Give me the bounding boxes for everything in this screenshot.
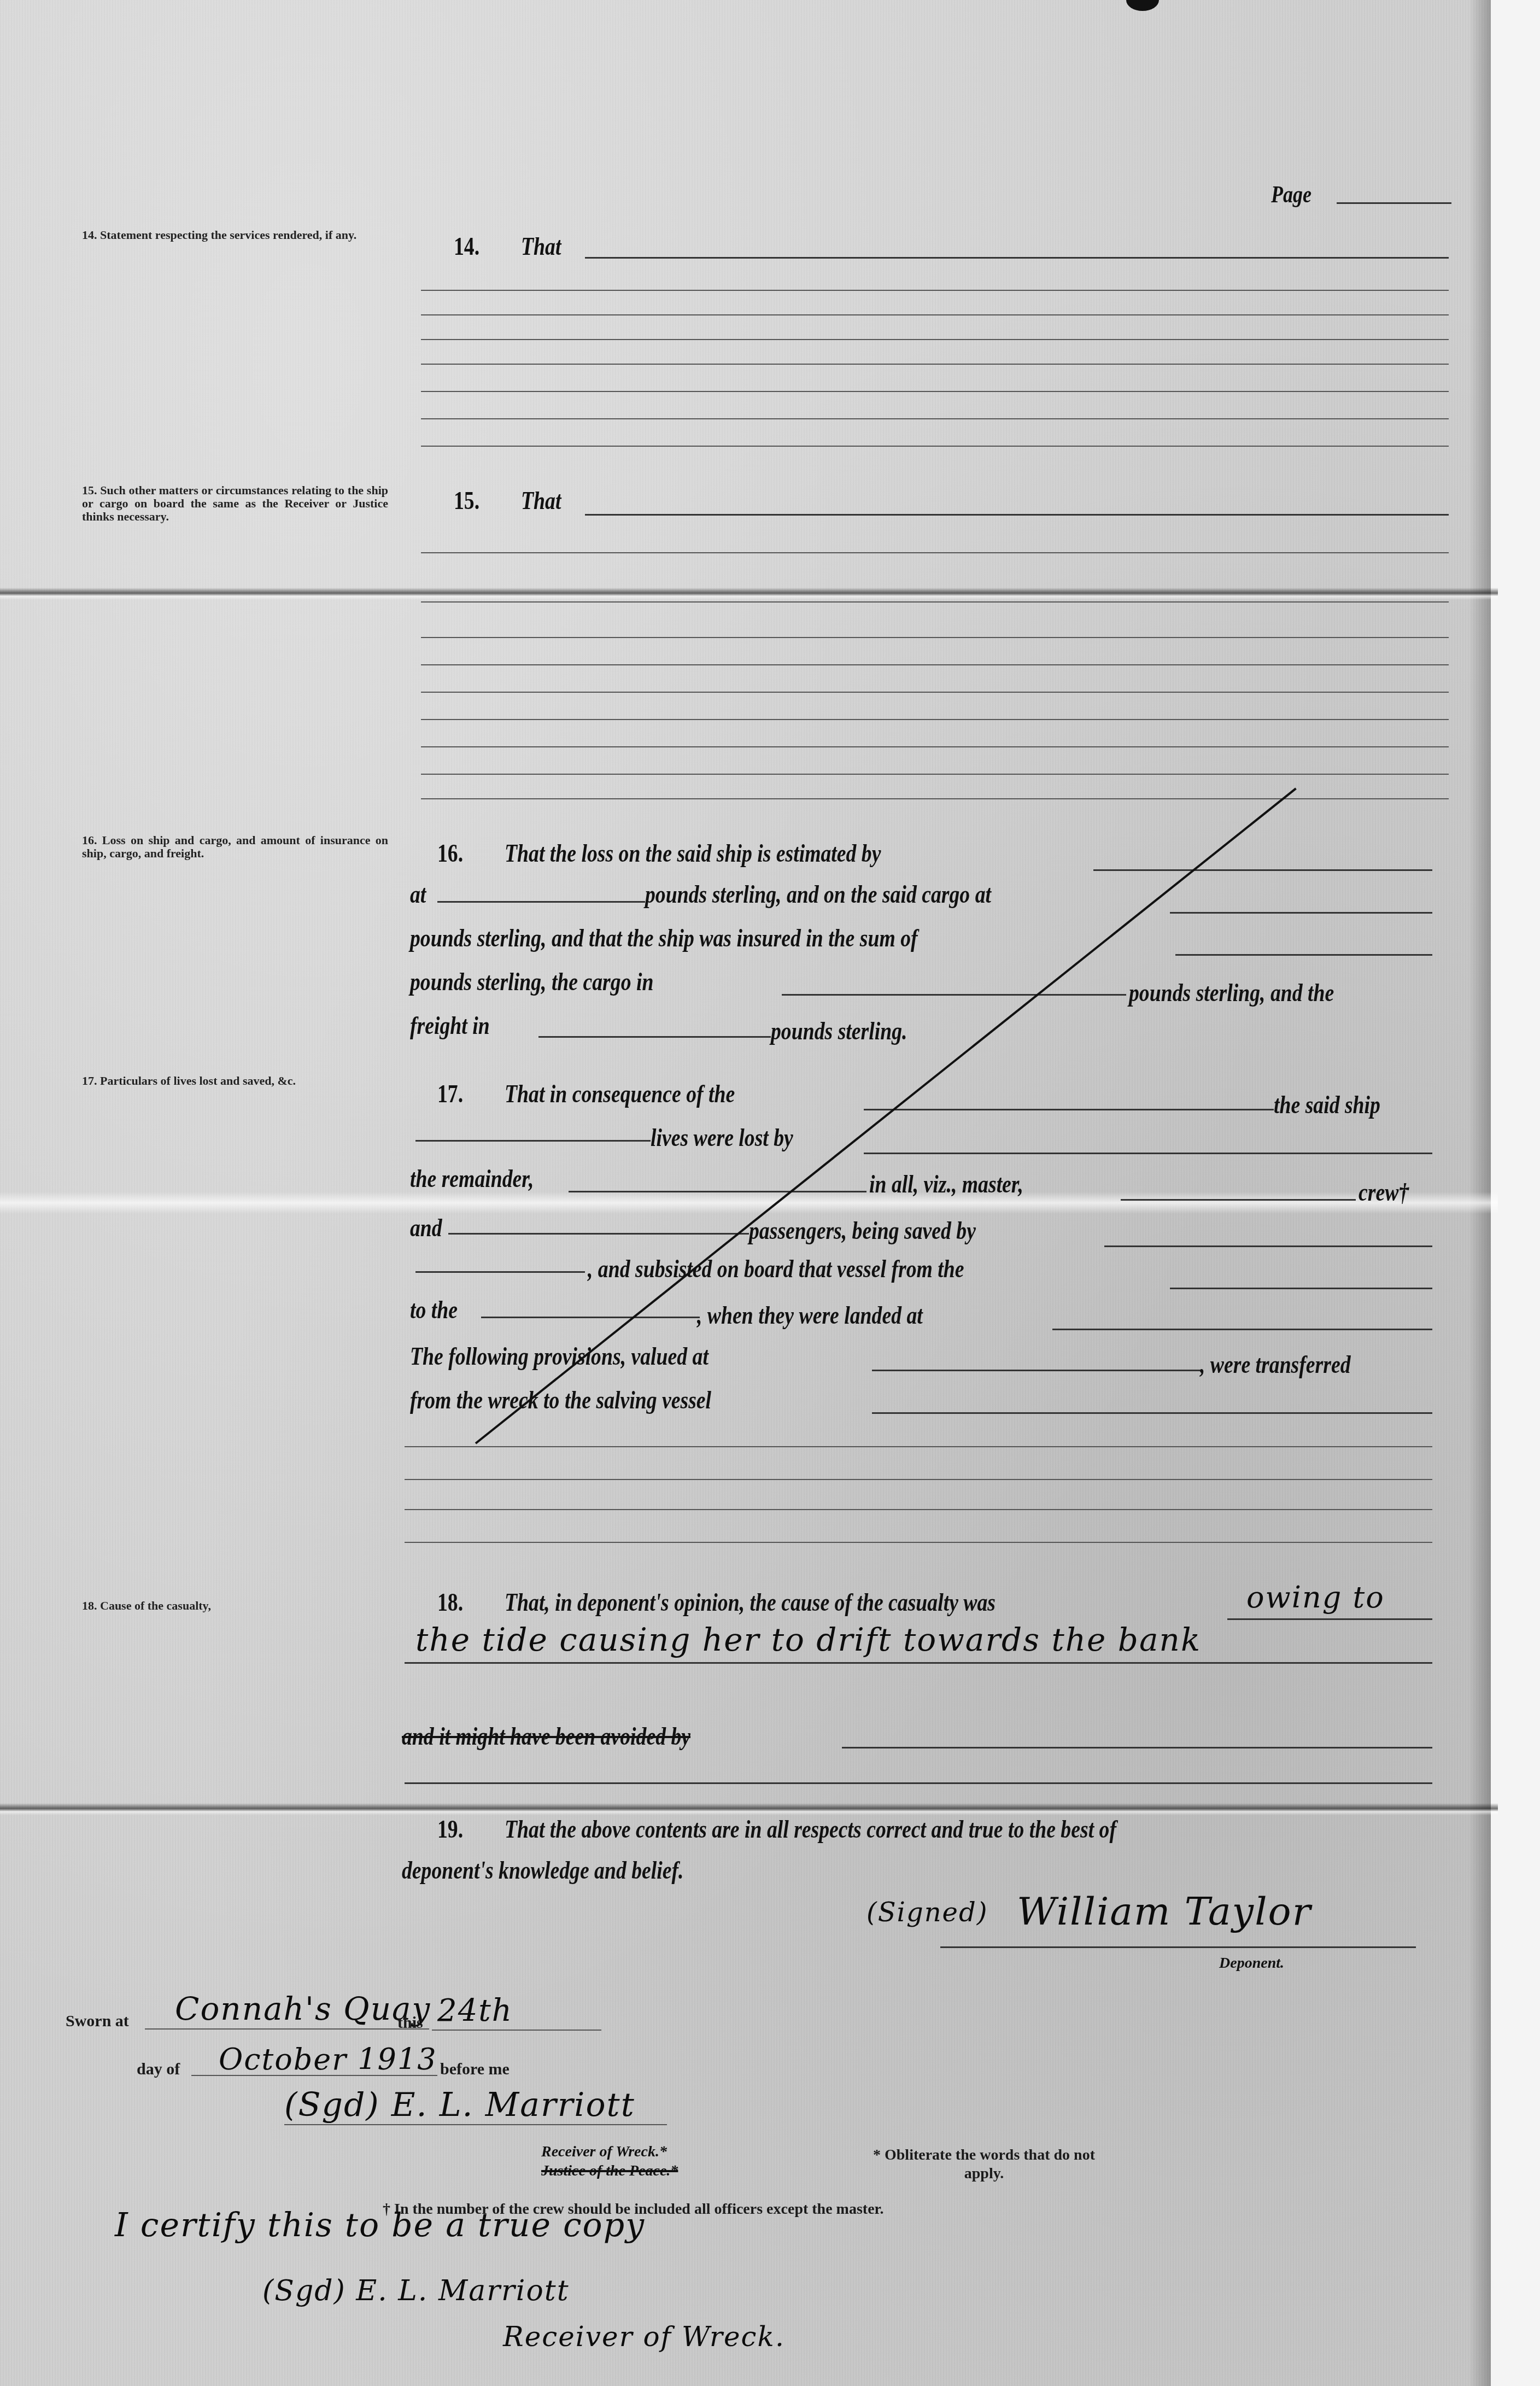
- this-label: this: [397, 2014, 423, 2032]
- answer-line[interactable]: [437, 901, 645, 903]
- answer-line[interactable]: [421, 601, 1449, 603]
- title-receiver-of-wreck: Receiver of Wreck.*: [541, 2143, 667, 2161]
- answer-line[interactable]: [448, 1233, 749, 1235]
- page-number-field[interactable]: [1337, 202, 1451, 204]
- answer-line[interactable]: [421, 746, 1449, 747]
- section-number: 14.: [454, 232, 521, 261]
- section-16-line-1: 16.That the loss on the said ship is est…: [437, 839, 881, 868]
- answer-line[interactable]: [1170, 912, 1432, 914]
- section-16-line-6: freight in: [410, 1011, 490, 1040]
- answer-line[interactable]: [421, 290, 1449, 291]
- answer-line[interactable]: [1104, 1245, 1432, 1247]
- section-number: 15.: [454, 487, 521, 515]
- officer-signature-line[interactable]: [284, 2124, 667, 2125]
- answer-line[interactable]: [421, 774, 1449, 775]
- answer-line[interactable]: [782, 994, 1126, 996]
- day-of-label: day of: [137, 2060, 180, 2079]
- answer-line[interactable]: [405, 1782, 1432, 1784]
- answer-line[interactable]: [538, 1036, 771, 1038]
- answer-line[interactable]: [421, 719, 1449, 720]
- section-16-line-4: pounds sterling, the cargo in: [410, 968, 653, 996]
- answer-line[interactable]: [421, 418, 1449, 419]
- section-17-line-10: to the: [410, 1296, 458, 1324]
- section-16-line-2: pounds sterling, and on the said cargo a…: [645, 880, 991, 909]
- sworn-day-field[interactable]: [432, 2030, 601, 2031]
- answer-line[interactable]: [585, 257, 1449, 259]
- section-line: That the loss on the said ship is estima…: [505, 839, 881, 867]
- sworn-day: 24th: [437, 1993, 513, 2028]
- section-18-struck-line: and it might have been avoided by: [402, 1722, 690, 1751]
- answer-line[interactable]: [1170, 1288, 1432, 1289]
- deponent-label: Deponent.: [1219, 1955, 1284, 1972]
- answer-line[interactable]: [1052, 1329, 1432, 1330]
- section-17-line-7: and: [410, 1214, 442, 1242]
- margin-note-18: 18. Cause of the casualty,: [82, 1599, 388, 1612]
- answer-line[interactable]: [1121, 1199, 1356, 1201]
- section-17-line-2: the said ship: [1274, 1091, 1380, 1119]
- certification-title: Receiver of Wreck.: [503, 2321, 785, 2353]
- answer-line[interactable]: [585, 514, 1449, 516]
- margin-note-15: 15. Such other matters or circumstances …: [82, 484, 388, 523]
- section-line: That in consequence of the: [505, 1080, 735, 1108]
- answer-line[interactable]: [421, 364, 1449, 365]
- answer-line[interactable]: [481, 1317, 700, 1318]
- sworn-place-field[interactable]: [145, 2028, 429, 2030]
- signed-prefix: (Signed): [866, 1897, 988, 1928]
- answer-line[interactable]: [405, 1446, 1432, 1447]
- answer-line[interactable]: [421, 314, 1449, 315]
- answer-line[interactable]: [405, 1479, 1432, 1480]
- answer-line[interactable]: [415, 1271, 585, 1273]
- paper-fold: [0, 1803, 1498, 1815]
- section-15-text: 15.That: [454, 487, 561, 515]
- sworn-month-year: October 1913: [219, 2042, 437, 2077]
- section-17-line-11: , when they were landed at: [697, 1301, 923, 1330]
- paper-fold: [0, 1192, 1498, 1214]
- answer-line[interactable]: [864, 1109, 1274, 1110]
- section-lead: That: [521, 487, 561, 514]
- paper-fold: [0, 588, 1498, 600]
- sworn-at-label: Sworn at: [66, 2012, 129, 2031]
- section-16-line-5: pounds sterling, and the: [1129, 979, 1334, 1007]
- answer-line[interactable]: [842, 1747, 1432, 1748]
- section-17-line-6: crew†: [1359, 1178, 1409, 1207]
- section-number: 17.: [437, 1080, 505, 1108]
- section-line: That the above contents are in all respe…: [505, 1815, 1116, 1843]
- margin-note-14: 14. Statement respecting the services re…: [82, 229, 388, 242]
- officer-signature: (Sgd) E. L. Marriott: [284, 2086, 635, 2124]
- certification-text: I certify this to be a true copy: [115, 2206, 645, 2244]
- answer-line[interactable]: [421, 798, 1449, 799]
- section-number: 16.: [437, 839, 505, 868]
- section-14-text: 14.That: [454, 232, 561, 261]
- page-label: Page: [1271, 180, 1311, 209]
- section-17-line-3: lives were lost by: [651, 1124, 793, 1152]
- section-16-line-3: pounds sterling, and that the ship was i…: [410, 924, 918, 952]
- section-17-line-4: the remainder,: [410, 1165, 534, 1193]
- section-19-line-1: 19.That the above contents are in all re…: [437, 1815, 1116, 1844]
- section-18-line-1: 18.That, in deponent's opinion, the caus…: [437, 1588, 996, 1617]
- section-17-line-1: 17.That in consequence of the: [437, 1080, 735, 1108]
- section-17-line-9: , and subsisted on board that vessel fro…: [588, 1255, 964, 1283]
- answer-line[interactable]: [421, 664, 1449, 665]
- section-17-line-12: The following provisions, valued at: [410, 1342, 708, 1371]
- before-me-label: before me: [440, 2060, 510, 2079]
- answer-line[interactable]: [1227, 1618, 1432, 1620]
- deponent-signature: William Taylor: [1017, 1889, 1311, 1934]
- section-17-line-13: , were transferred: [1200, 1350, 1351, 1379]
- answer-line[interactable]: [864, 1153, 1432, 1154]
- answer-line[interactable]: [421, 339, 1449, 340]
- section-lead: That, in deponent's opinion, the cause o…: [505, 1588, 996, 1616]
- answer-line[interactable]: [405, 1542, 1432, 1543]
- margin-note-16: 16. Loss on ship and cargo, and amount o…: [82, 834, 388, 860]
- section-lead: That: [521, 232, 561, 260]
- answer-line[interactable]: [421, 637, 1449, 638]
- certification-signature: (Sgd) E. L. Marriott: [262, 2274, 570, 2307]
- signature-line[interactable]: [940, 1946, 1416, 1948]
- answer-line[interactable]: [405, 1662, 1432, 1664]
- answer-line[interactable]: [405, 1509, 1432, 1510]
- section-16-line-at: at: [410, 880, 426, 909]
- answer-line[interactable]: [872, 1370, 1200, 1371]
- answer-line[interactable]: [1175, 954, 1432, 956]
- footnote-obliterate: * Obliterate the words that do not apply…: [856, 2146, 1112, 2183]
- section-16-line-7: pounds sterling.: [771, 1017, 907, 1045]
- answer-line[interactable]: [421, 692, 1449, 693]
- answer-line[interactable]: [872, 1412, 1432, 1414]
- handwritten-cause-2: the tide causing her to drift towards th…: [415, 1621, 1201, 1658]
- section-17-line-8: passengers, being saved by: [749, 1217, 976, 1245]
- answer-line[interactable]: [421, 446, 1449, 447]
- margin-note-17: 17. Particulars of lives lost and saved,…: [82, 1074, 388, 1087]
- answer-line[interactable]: [415, 1140, 651, 1142]
- page-edge: [1491, 0, 1540, 2386]
- answer-line[interactable]: [569, 1191, 866, 1192]
- handwritten-cause-1: owing to: [1246, 1580, 1385, 1615]
- answer-line[interactable]: [421, 391, 1449, 392]
- section-17-line-14: from the wreck to the salving vessel: [410, 1386, 711, 1414]
- section-19-line-2: deponent's knowledge and belief.: [402, 1856, 683, 1885]
- sworn-place: Connah's Quay: [175, 1990, 431, 2027]
- section-number: 19.: [437, 1815, 505, 1844]
- answer-line[interactable]: [421, 552, 1449, 553]
- answer-line[interactable]: [1093, 869, 1432, 871]
- section-17-line-5: in all, viz., master,: [869, 1170, 1023, 1198]
- section-number: 18.: [437, 1588, 505, 1617]
- title-justice-struck: Justice of the Peace.*: [541, 2162, 678, 2180]
